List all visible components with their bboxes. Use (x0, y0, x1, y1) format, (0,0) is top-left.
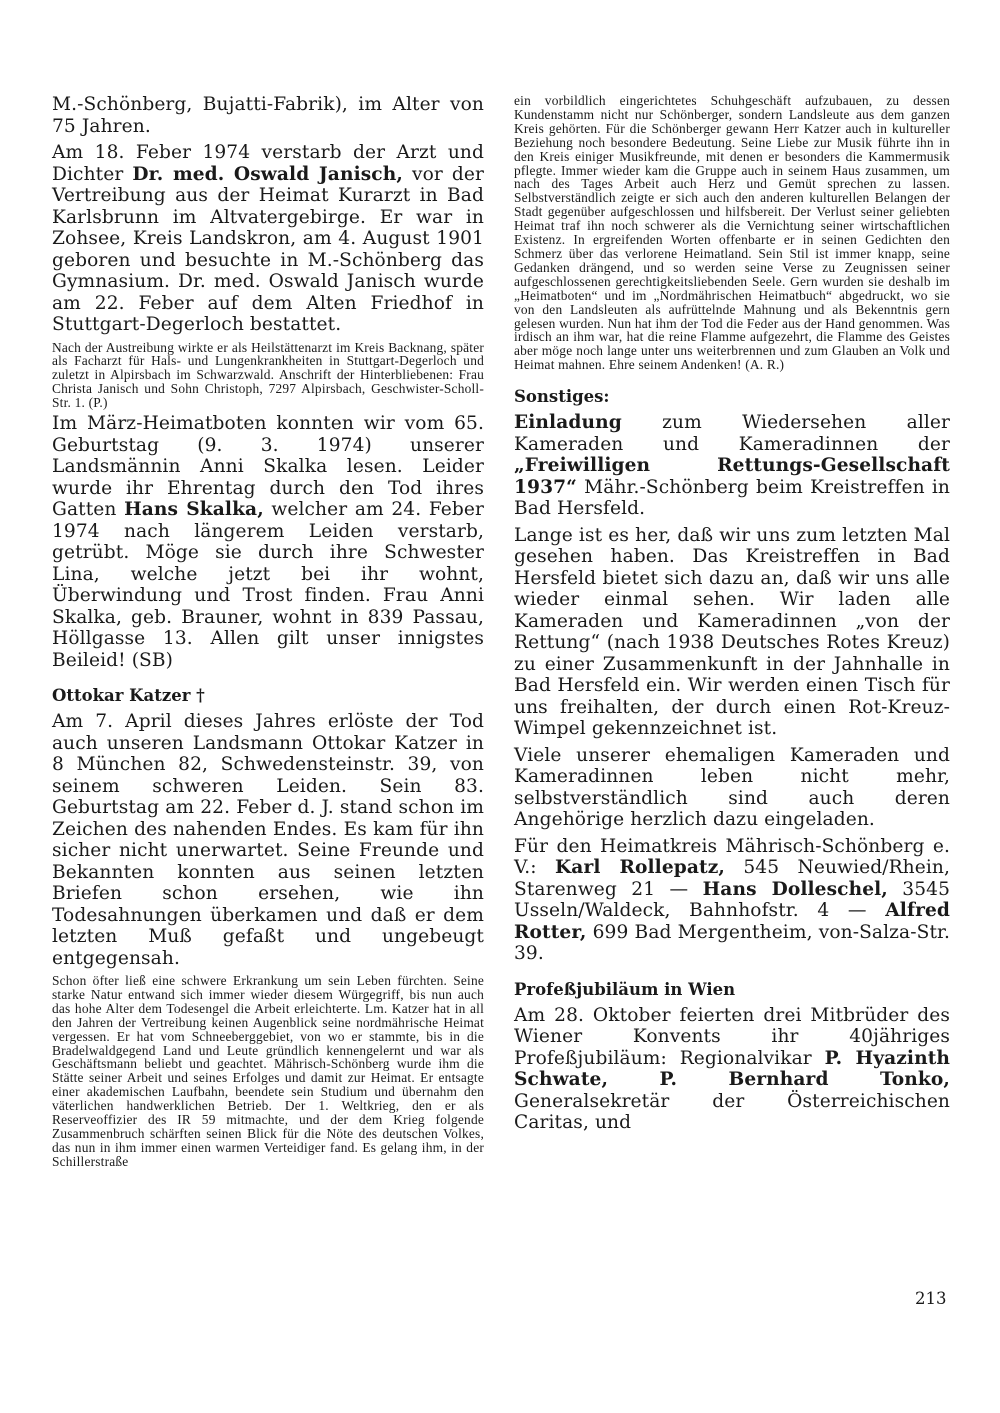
left-column: M.-Schönberg, Bujatti-Fabrik), im Alter … (52, 94, 484, 1172)
paragraph-lange: Lange ist es her, daß wir uns zum letzte… (514, 525, 950, 740)
paragraph-bujatti: M.-Schönberg, Bujatti-Fabrik), im Alter … (52, 94, 484, 137)
heading-ottokar-katzer: Ottokar Katzer † (52, 685, 484, 707)
page-number: 213 (915, 1289, 947, 1308)
heading-sonstiges: Sonstiges: (514, 386, 950, 408)
name-hans-skalka: Hans Skalka, (124, 499, 264, 520)
name-janisch: Dr. med. Oswald Janisch, (132, 164, 403, 185)
paragraph-heimatkreis: Für den Heimatkreis Mährisch-Schönberg e… (514, 836, 950, 965)
paragraph-viele: Viele unserer ehemaligen Kameraden und K… (514, 745, 950, 831)
paragraph-janisch-details: Nach der Austreibung wirkte er als Heils… (52, 341, 484, 411)
paragraph-skalka: Im März-Heimatboten konnten wir vom 65. … (52, 413, 484, 671)
paragraph-janisch: Am 18. Feber 1974 verstarb der Arzt und … (52, 142, 484, 336)
paragraph-katzer-details: Schon öfter ließ eine schwere Erkrankung… (52, 974, 484, 1169)
right-column: ein vorbildlich eingerichtetes Schuhgesc… (514, 94, 950, 1139)
paragraph-einladung: Einladung zum Wiedersehen aller Kamerade… (514, 412, 950, 520)
heading-professjubilaeum: Profeßjubiläum in Wien (514, 979, 950, 1001)
paragraph-wien: Am 28. Oktober feierten drei Mitbrüder d… (514, 1005, 950, 1134)
paragraph-katzer: Am 7. April dieses Jahres erlöste der To… (52, 711, 484, 969)
paragraph-katzer-continued: ein vorbildlich eingerichtetes Schuhgesc… (514, 94, 950, 372)
